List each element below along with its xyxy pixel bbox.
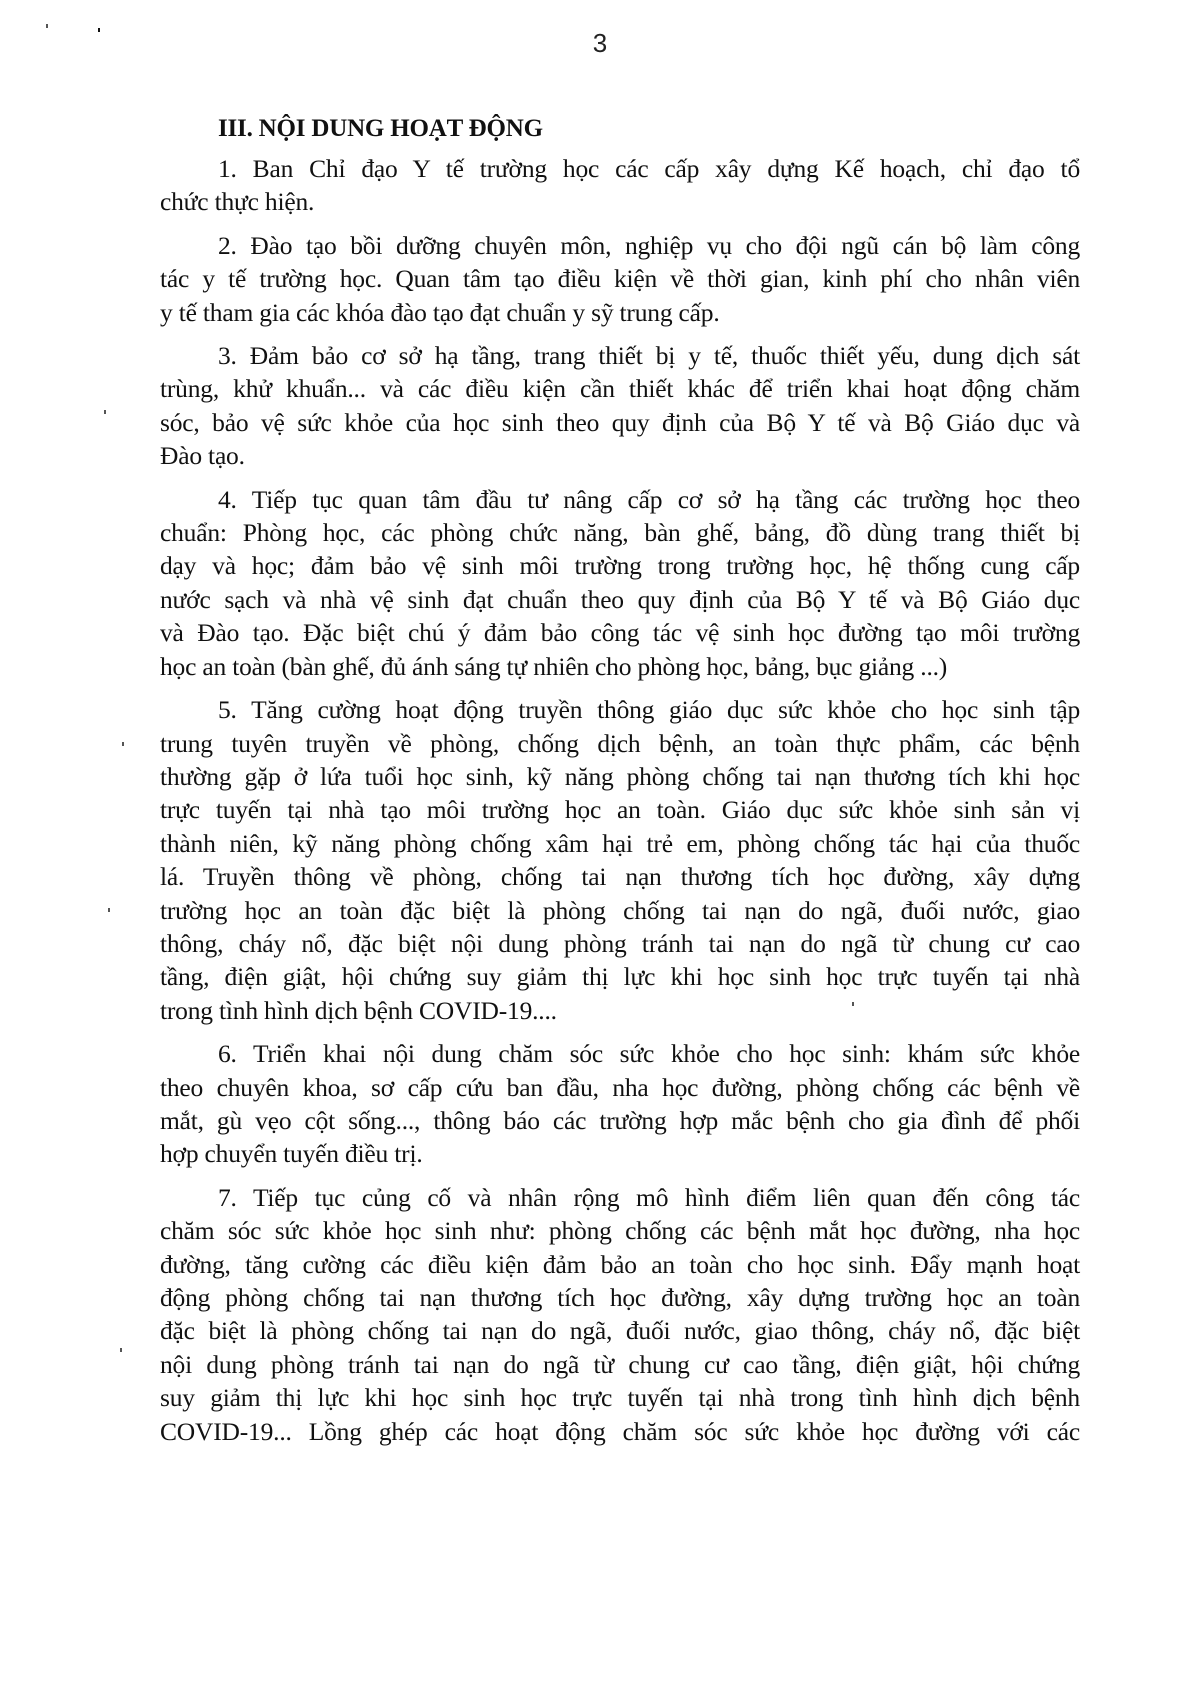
text-line: thường gặp ở lứa tuổi học sinh, kỹ năng … [160,760,1080,793]
text-line: lá. Truyền thông về phòng, chống tai nạn… [160,860,1080,893]
text-line: trong tình hình dịch bệnh COVID-19.... [160,994,1080,1027]
paragraph-5: 5. Tăng cường hoạt động truyền thông giá… [160,693,1080,1027]
text-line: hợp chuyển tuyến điều trị. [160,1137,1080,1170]
scan-mark [46,24,48,28]
text-line: và Đào tạo. Đặc biệt chú ý đảm bảo công … [160,616,1080,649]
document-body: III. NỘI DUNG HOẠT ĐỘNG 1. Ban Chỉ đạo Y… [160,112,1080,1458]
text-line: 6. Triển khai nội dung chăm sóc sức khỏe… [160,1037,1080,1070]
paragraph-6: 6. Triển khai nội dung chăm sóc sức khỏe… [160,1037,1080,1171]
text-line: y tế tham gia các khóa đào tạo đạt chuẩn… [160,296,1080,329]
text-line: 1. Ban Chỉ đạo Y tế trường học các cấp x… [160,152,1080,185]
scan-mark [120,1348,122,1352]
text-line: chuẩn: Phòng học, các phòng chức năng, b… [160,516,1080,549]
paragraph-7: 7. Tiếp tục củng cố và nhân rộng mô hình… [160,1181,1080,1448]
paragraph-1: 1. Ban Chỉ đạo Y tế trường học các cấp x… [160,152,1080,219]
text-line: 3. Đảm bảo cơ sở hạ tầng, trang thiết bị… [160,339,1080,372]
text-line: 7. Tiếp tục củng cố và nhân rộng mô hình… [160,1181,1080,1214]
text-line: trực tuyến tại nhà tạo môi trường học an… [160,793,1080,826]
text-line: chức thực hiện. [160,185,1080,218]
text-line: tầng, điện giật, hội chứng suy giảm thị … [160,960,1080,993]
text-line: 2. Đào tạo bồi dưỡng chuyên môn, nghiệp … [160,229,1080,262]
text-line: theo chuyên khoa, sơ cấp cứu ban đầu, nh… [160,1071,1080,1104]
text-line: chăm sóc sức khỏe học sinh như: phòng ch… [160,1214,1080,1247]
text-line: suy giảm thị lực khi học sinh học trực t… [160,1381,1080,1414]
scan-mark [122,742,124,746]
text-line: dạy và học; đảm bảo vệ sinh môi trường t… [160,549,1080,582]
text-line: đường, tăng cường các điều kiện đảm bảo … [160,1248,1080,1281]
text-line: 4. Tiếp tục quan tâm đầu tư nâng cấp cơ … [160,483,1080,516]
text-line: sóc, bảo vệ sức khỏe của học sinh theo q… [160,406,1080,439]
text-line: trùng, khử khuẩn... và các điều kiện cần… [160,372,1080,405]
text-line: đặc biệt là phòng chống tai nạn do ngã, … [160,1314,1080,1347]
page-number: 3 [0,28,1200,59]
scan-mark [108,908,110,912]
paragraph-list: 1. Ban Chỉ đạo Y tế trường học các cấp x… [160,152,1080,1448]
text-line: mắt, gù vẹo cột sống..., thông báo các t… [160,1104,1080,1137]
paragraph-3: 3. Đảm bảo cơ sở hạ tầng, trang thiết bị… [160,339,1080,473]
section-heading: III. NỘI DUNG HOẠT ĐỘNG [218,112,1080,146]
text-line: Đào tạo. [160,439,1080,472]
paragraph-2: 2. Đào tạo bồi dưỡng chuyên môn, nghiệp … [160,229,1080,329]
text-line: thành niên, kỹ năng phòng chống xâm hại … [160,827,1080,860]
paragraph-4: 4. Tiếp tục quan tâm đầu tư nâng cấp cơ … [160,483,1080,683]
text-line: thông, cháy nổ, đặc biệt nội dung phòng … [160,927,1080,960]
text-line: động phòng chống tai nạn thương tích học… [160,1281,1080,1314]
scan-mark [98,28,100,32]
text-line: trường học an toàn đặc biệt là phòng chố… [160,894,1080,927]
scan-mark [104,410,106,414]
text-line: 5. Tăng cường hoạt động truyền thông giá… [160,693,1080,726]
text-line: nước sạch và nhà vệ sinh đạt chuẩn theo … [160,583,1080,616]
text-line: nội dung phòng tránh tai nạn do ngã từ c… [160,1348,1080,1381]
text-line: tác y tế trường học. Quan tâm tạo điều k… [160,262,1080,295]
text-line: COVID-19... Lồng ghép các hoạt động chăm… [160,1415,1080,1448]
text-line: trung tuyên truyền về phòng, chống dịch … [160,727,1080,760]
text-line: học an toàn (bàn ghế, đủ ánh sáng tự nhi… [160,650,1080,683]
